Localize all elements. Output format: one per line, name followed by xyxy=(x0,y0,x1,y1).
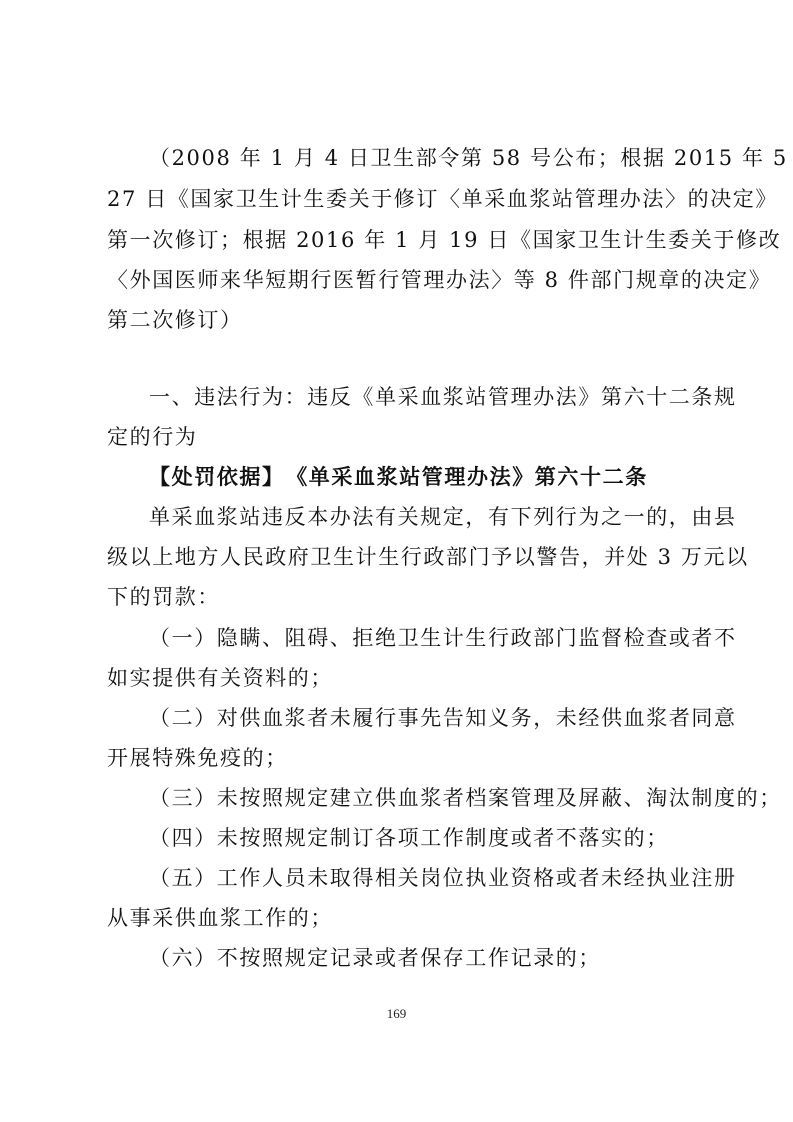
item-2-line-1: （二）对供血浆者未履行事先告知义务，未经供血浆者同意 xyxy=(149,704,737,732)
penalty-basis-heading: 【处罚依据】 《单采血浆站管理办法》第六十二条 xyxy=(149,463,648,491)
preamble-line-5: 第二次修订） xyxy=(107,306,243,334)
preamble-line-1: （2008 年 1 月 4 日卫生部令第 58 号公布；根据 2015 年 5 … xyxy=(149,144,793,172)
item-5-line-2: 从事采供血浆工作的； xyxy=(107,904,333,932)
item-6-line-1: （六）不按照规定记录或者保存工作记录的； xyxy=(149,944,601,972)
item-5-line-1: （五）工作人员未取得相关岗位执业资格或者未经执业注册 xyxy=(149,864,737,892)
page-number: 169 xyxy=(0,1006,793,1022)
preamble-line-3: 第一次修订；根据 2016 年 1 月 19 日《国家卫生计生委关于修改 xyxy=(107,226,781,254)
section-heading-line-2: 定的行为 xyxy=(107,423,197,451)
item-1-line-2: 如实提供有关资料的； xyxy=(107,664,333,692)
preamble-line-4: 〈外国医师来华短期行医暂行管理办法〉等 8 件部门规章的决定》 xyxy=(107,266,771,294)
item-2-line-2: 开展特殊免疫的； xyxy=(107,744,288,772)
item-4-line-1: （四）未按照规定制订各项工作制度或者不落实的； xyxy=(149,824,669,852)
item-3-line-1: （三）未按照规定建立供血浆者档案管理及屏蔽、淘汰制度的； xyxy=(149,784,782,812)
section-heading-line-1: 一、违法行为：违反《单采血浆站管理办法》第六十二条规 xyxy=(149,383,737,411)
intro-line-3: 下的罚款： xyxy=(107,583,220,611)
item-1-line-1: （一）隐瞒、阻碍、拒绝卫生计生行政部门监督检查或者不 xyxy=(149,624,737,652)
intro-line-1: 单采血浆站违反本办法有关规定，有下列行为之一的，由县 xyxy=(149,503,737,531)
intro-line-2: 级以上地方人民政府卫生计生行政部门予以警告，并处 3 万元以 xyxy=(107,543,749,571)
preamble-line-2: 27 日《国家卫生计生委关于修订〈单采血浆站管理办法〉的决定》 xyxy=(107,185,778,213)
